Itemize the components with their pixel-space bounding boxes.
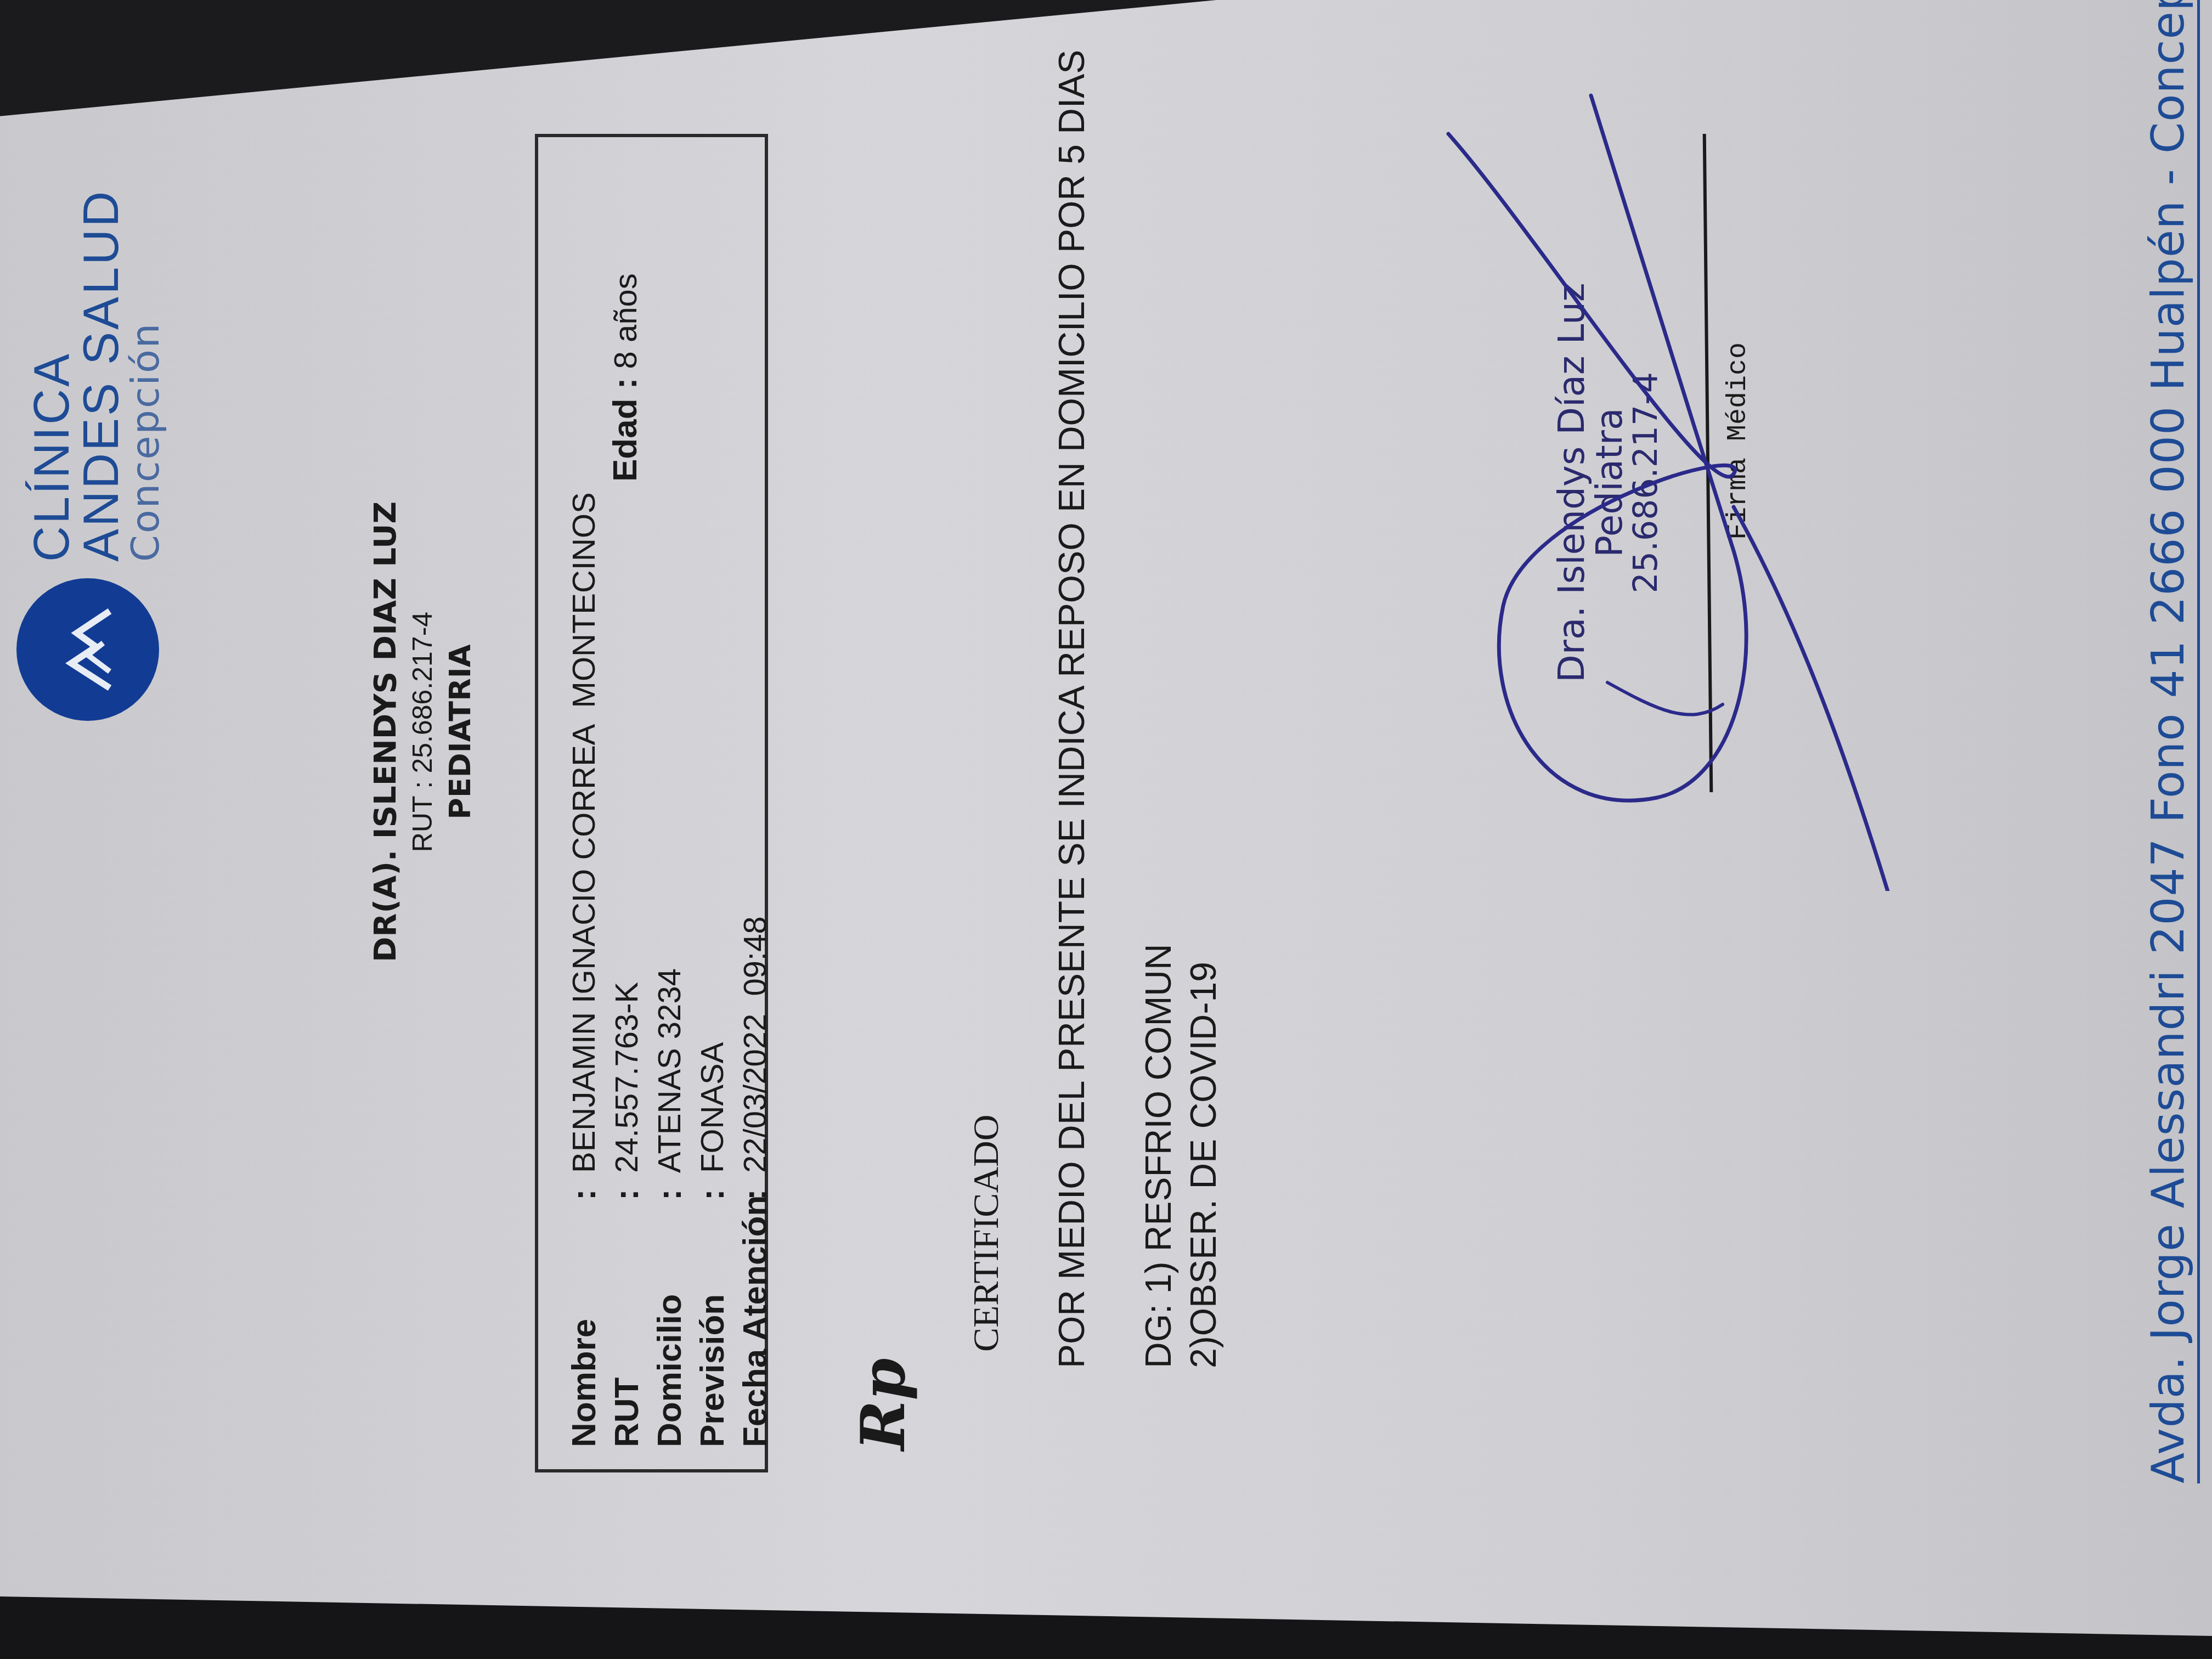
value-prevision: FONASA xyxy=(691,492,734,1173)
diagnosis-line-2: 2)OBSER. DE COVID-19 xyxy=(1181,944,1226,1368)
rp-symbol: Rp xyxy=(848,1358,918,1451)
age-label: Edad : xyxy=(606,378,644,482)
medical-certificate: CLÍNICA ANDES SALUD Concepción DR(A). IS… xyxy=(0,0,2212,1659)
value-rut: 24.557.763-K xyxy=(606,492,648,1173)
certificate-title: CERTIFICADO xyxy=(966,1115,1007,1352)
label-rut: RUT xyxy=(606,1195,648,1447)
mountain-logo-icon xyxy=(16,578,159,721)
doctor-rut: RUT : 25.686.217-4 xyxy=(407,485,438,979)
value-fecha: 22/03/2022 09:48 xyxy=(734,492,777,1173)
age-value: 8 años xyxy=(608,273,644,369)
footer-underline xyxy=(2197,0,2200,1483)
clinic-address: Avda. Jorge Alessandri 2047 Fono 41 2666… xyxy=(2142,0,2194,1483)
clinic-logo: CLÍNICA ANDES SALUD Concepción xyxy=(5,19,181,732)
label-prevision: Previsión xyxy=(691,1195,734,1447)
label-nombre: Nombre xyxy=(563,1195,606,1447)
diagnosis-line-1: DG: 1) RESFRIO COMUN xyxy=(1136,944,1181,1368)
clinic-city: Concepción xyxy=(126,189,165,562)
patient-labels: Nombre RUT Domicilio Previsión Fecha Ate… xyxy=(563,1195,777,1447)
diagnosis: DG: 1) RESFRIO COMUN 2)OBSER. DE COVID-1… xyxy=(1136,944,1226,1368)
handwritten-signature-icon xyxy=(1426,13,1920,891)
value-nombre: BENJAMIN IGNACIO CORREA MONTECINOS xyxy=(563,492,606,1173)
clinic-name: CLÍNICA ANDES SALUD Concepción xyxy=(27,189,165,562)
doctor-specialty: PEDIATRIA xyxy=(443,485,477,979)
certificate-statement: POR MEDIO DEL PRESENTE SE INDICA REPOSO … xyxy=(1051,50,1092,1368)
value-domicilio: ATENAS 3234 xyxy=(648,492,691,1173)
label-domicilio: Domicilio xyxy=(648,1195,691,1447)
clinic-name-line1: CLÍNICA xyxy=(27,189,77,562)
patient-values: BENJAMIN IGNACIO CORREA MONTECINOS 24.55… xyxy=(563,492,777,1173)
colon-column: ::::: xyxy=(563,1189,777,1200)
doctor-header: DR(A). ISLENDYS DIAZ LUZ RUT : 25.686.21… xyxy=(368,485,477,979)
doctor-name: DR(A). ISLENDYS DIAZ LUZ xyxy=(368,485,403,979)
clinic-name-line2: ANDES SALUD xyxy=(77,189,126,562)
label-fecha: Fecha Atención xyxy=(734,1195,777,1447)
patient-info-box: Nombre RUT Domicilio Previsión Fecha Ate… xyxy=(535,134,768,1472)
signature-area: Dra. Islendys Díaz Luz Pediatra 25.686.2… xyxy=(1426,13,1920,891)
patient-age: Edad : 8 años xyxy=(606,273,645,482)
